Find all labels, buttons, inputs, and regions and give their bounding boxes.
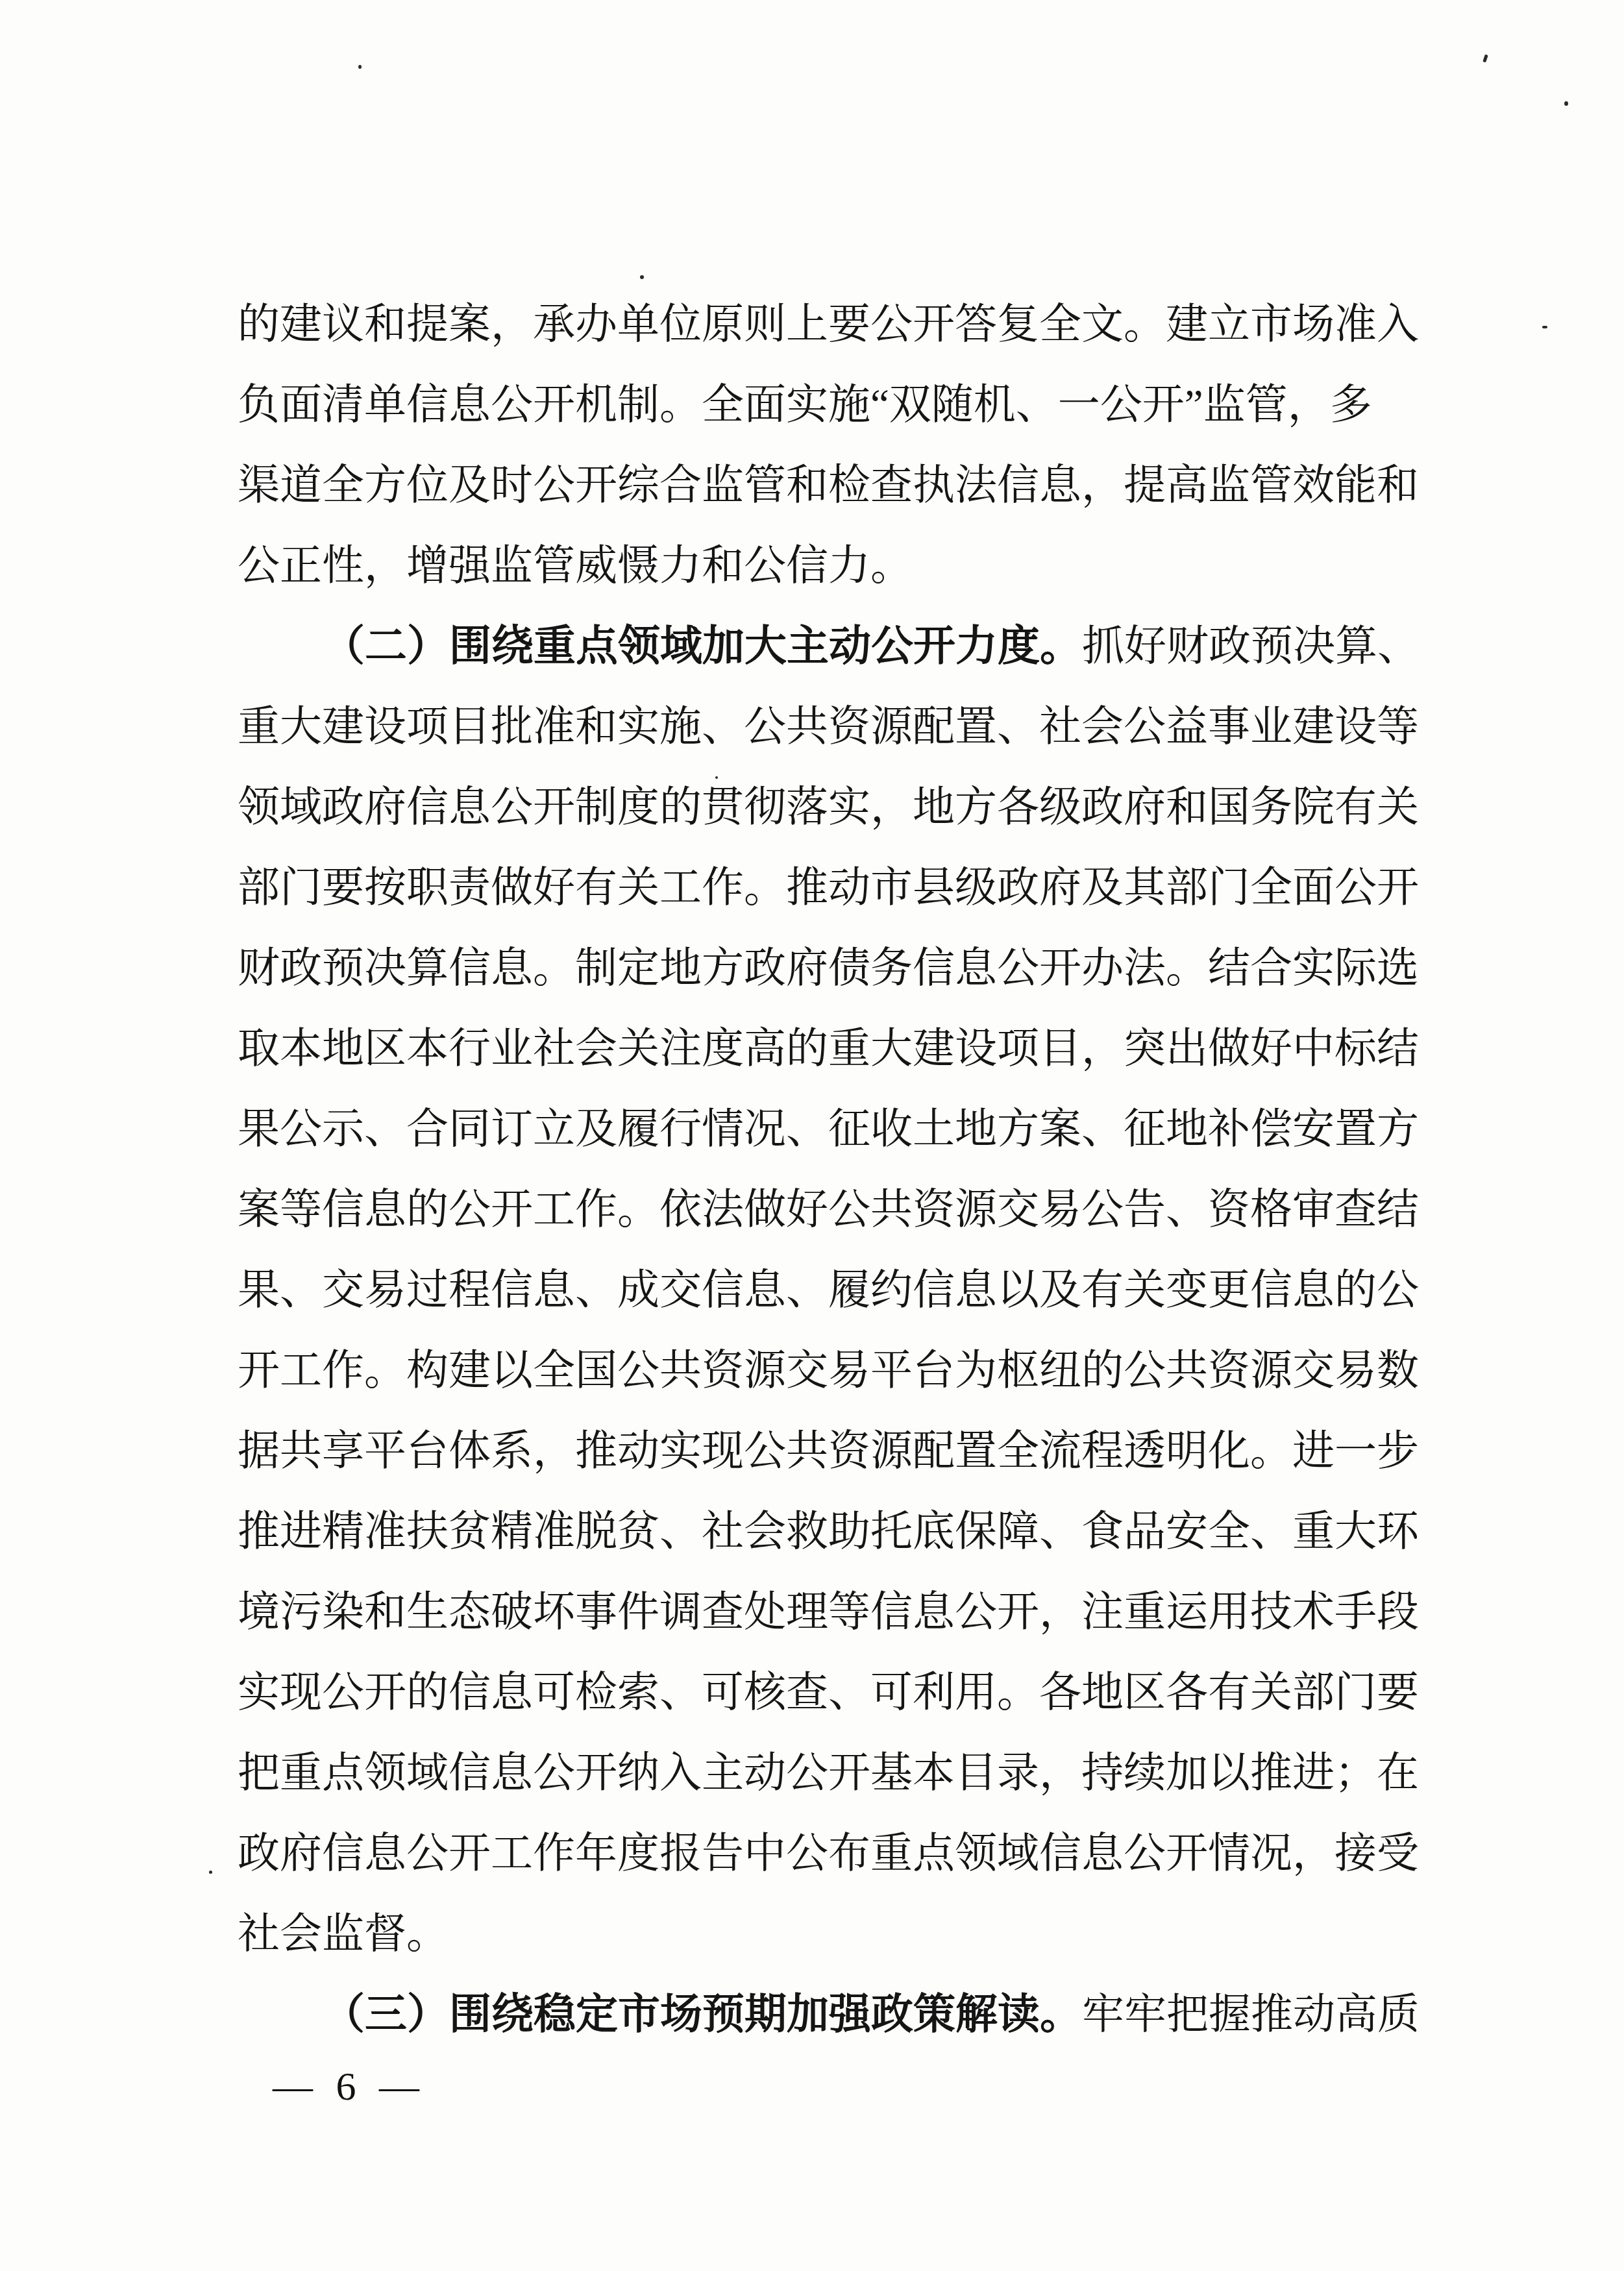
scan-speck — [640, 275, 644, 279]
text-line: 案等信息的公开工作。依法做好公共资源交易公告、资格审查结 — [238, 1170, 1424, 1250]
line-text: 重大建设项目批准和实施、公共资源配置、社会公益事业建设等 — [238, 704, 1419, 750]
text-line: 负面清单信息公开机制。全面实施“双随机、一公开”监管，多 — [238, 365, 1424, 445]
text-line: 把重点领域信息公开纳入主动公开基本目录，持续加以推进；在 — [238, 1733, 1424, 1813]
text-line: 的建议和提案，承办单位原则上要公开答复全文。建立市场准入 — [238, 284, 1424, 365]
line-text: 果、交易过程信息、成交信息、履约信息以及有关变更信息的公 — [238, 1267, 1419, 1314]
text-line: 开工作。构建以全国公共资源交易平台为枢纽的公共资源交易数 — [238, 1331, 1424, 1411]
line-text: 领域政府信息公开制度的贯彻落实，地方各级政府和国务院有关 — [238, 784, 1419, 831]
text-line: 境污染和生态破坏事件调查处理等信息公开，注重运用技术手段 — [238, 1572, 1424, 1652]
text-line: 公正性，增强监管威慑力和公信力。 — [238, 526, 1424, 606]
text-line: 重大建设项目批准和实施、公共资源配置、社会公益事业建设等 — [238, 687, 1424, 767]
line-text: 实现公开的信息可检索、可核查、可利用。各地区各有关部门要 — [238, 1669, 1419, 1716]
text-line: 推进精准扶贫精准脱贫、社会救助托底保障、食品安全、重大环 — [238, 1491, 1424, 1572]
text-line: 社会监督。 — [238, 1894, 1424, 1974]
line-heading: （二）围绕重点领域加大主动公开力度。 — [323, 623, 1082, 670]
page-number: — 6 — — [273, 2064, 426, 2109]
text-line: 渠道全方位及时公开综合监管和检查执法信息，提高监管效能和 — [238, 445, 1424, 526]
line-text: 抓好财政预决算、 — [1082, 623, 1420, 670]
text-line: 实现公开的信息可检索、可核查、可利用。各地区各有关部门要 — [238, 1652, 1424, 1733]
scan-speck — [1564, 101, 1568, 106]
line-text: 渠道全方位及时公开综合监管和检查执法信息，提高监管效能和 — [238, 462, 1419, 509]
line-text: 据共享平台体系，推动实现公共资源配置全流程透明化。进一步 — [238, 1428, 1419, 1475]
scan-speck — [1483, 55, 1488, 63]
scan-speck — [1542, 326, 1547, 328]
line-text: 负面清单信息公开机制。全面实施“双随机、一公开”监管，多 — [238, 382, 1372, 428]
text-line-section-2-heading: （二）围绕重点领域加大主动公开力度。抓好财政预决算、 — [238, 606, 1424, 687]
scan-speck — [209, 1871, 212, 1874]
text-line: 政府信息公开工作年度报告中公布重点领域信息公开情况，接受 — [238, 1813, 1424, 1894]
line-text: 财政预决算信息。制定地方政府债务信息公开办法。结合实际选 — [238, 945, 1419, 992]
text-line: 取本地区本行业社会关注度高的重大建设项目，突出做好中标结 — [238, 1009, 1424, 1089]
text-line: 果、交易过程信息、成交信息、履约信息以及有关变更信息的公 — [238, 1250, 1424, 1331]
text-line: 财政预决算信息。制定地方政府债务信息公开办法。结合实际选 — [238, 928, 1424, 1009]
text-line: 据共享平台体系，推动实现公共资源配置全流程透明化。进一步 — [238, 1411, 1424, 1491]
line-text: 牢牢把握推动高质 — [1082, 1991, 1420, 2038]
line-text: 部门要按职责做好有关工作。推动市县级政府及其部门全面公开 — [238, 865, 1419, 911]
scan-speck — [715, 776, 718, 779]
line-text: 境污染和生态破坏事件调查处理等信息公开，注重运用技术手段 — [238, 1589, 1419, 1636]
line-text: 开工作。构建以全国公共资源交易平台为枢纽的公共资源交易数 — [238, 1347, 1419, 1394]
text-line: 果公示、合同订立及履行情况、征收土地方案、征地补偿安置方 — [238, 1089, 1424, 1170]
line-text: 取本地区本行业社会关注度高的重大建设项目，突出做好中标结 — [238, 1025, 1419, 1072]
line-text: 果公示、合同订立及履行情况、征收土地方案、征地补偿安置方 — [238, 1106, 1419, 1153]
line-text: 把重点领域信息公开纳入主动公开基本目录，持续加以推进；在 — [238, 1750, 1419, 1797]
line-heading: （三）围绕稳定市场预期加强政策解读。 — [323, 1991, 1082, 2038]
line-text: 推进精准扶贫精准脱贫、社会救助托底保障、食品安全、重大环 — [238, 1508, 1419, 1555]
line-text: 案等信息的公开工作。依法做好公共资源交易公告、资格审查结 — [238, 1186, 1419, 1233]
text-line: 部门要按职责做好有关工作。推动市县级政府及其部门全面公开 — [238, 848, 1424, 928]
text-line: 领域政府信息公开制度的贯彻落实，地方各级政府和国务院有关 — [238, 767, 1424, 848]
scan-speck — [358, 65, 362, 69]
text-line-section-3-heading: （三）围绕稳定市场预期加强政策解读。牢牢把握推动高质 — [238, 1974, 1424, 2055]
line-text: 的建议和提案，承办单位原则上要公开答复全文。建立市场准入 — [238, 301, 1419, 348]
line-text: 社会监督。 — [238, 1911, 449, 1958]
line-text: 公正性，增强监管威慑力和公信力。 — [238, 543, 913, 589]
document-page: 的建议和提案，承办单位原则上要公开答复全文。建立市场准入 负面清单信息公开机制。… — [0, 0, 1624, 2271]
document-body: 的建议和提案，承办单位原则上要公开答复全文。建立市场准入 负面清单信息公开机制。… — [238, 284, 1424, 2055]
line-text: 政府信息公开工作年度报告中公布重点领域信息公开情况，接受 — [238, 1830, 1419, 1877]
